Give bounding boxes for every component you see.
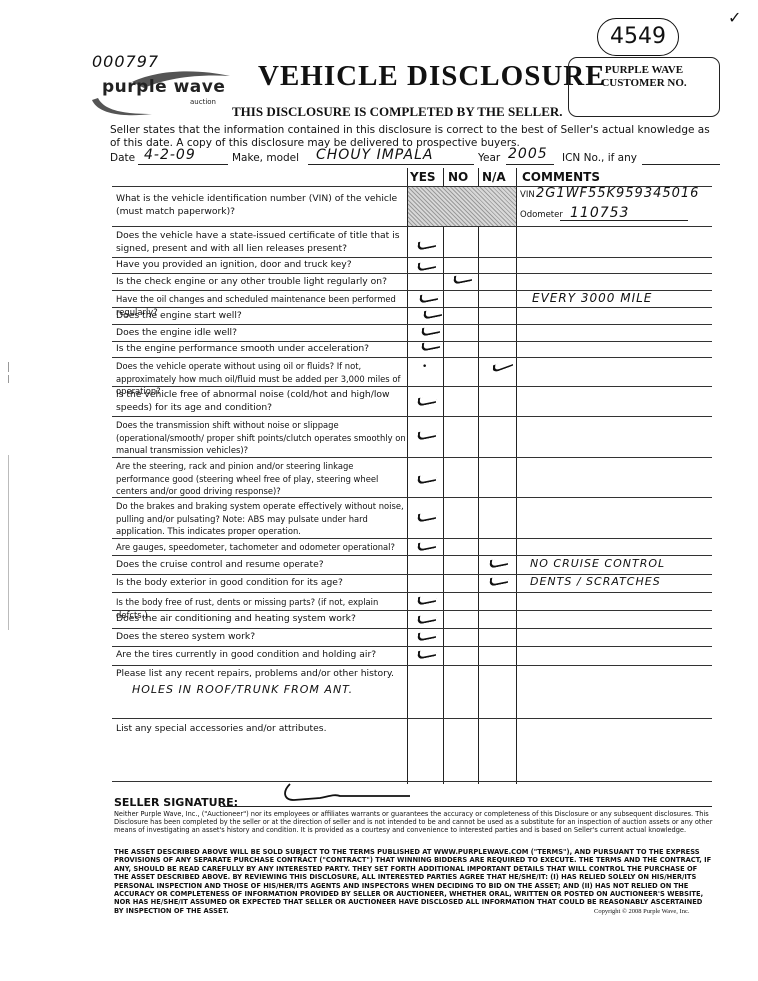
logo-subtext: auction (190, 98, 216, 106)
question-transmission: Does the transmission shift without nois… (116, 419, 406, 457)
yes-dot-mark: • (422, 362, 427, 372)
column-divider (478, 168, 479, 784)
question-keys: Have you provided an ignition, door and … (116, 259, 401, 272)
copyright-notice: Copyright © 2008 Purple Wave, Inc. (594, 908, 689, 915)
yes-check-icon[interactable] (421, 324, 441, 337)
scan-margin-mark (8, 375, 9, 383)
year-label: Year (478, 152, 500, 164)
question-engine-start: Does the engine start well? (116, 310, 401, 323)
column-divider (443, 168, 444, 784)
yes-check-icon[interactable] (417, 428, 437, 441)
date-label: Date (110, 152, 135, 164)
odometer-underline (560, 220, 688, 221)
scan-margin-line (8, 455, 9, 630)
column-header-no: NO (448, 168, 468, 186)
na-check-icon[interactable] (489, 574, 509, 587)
question-title-certificate: Does the vehicle have a state-issued cer… (116, 230, 401, 255)
recent-repairs-answer[interactable]: HOLES IN ROOF/TRUNK FROM ANT. (132, 682, 372, 698)
odometer-value: 110753 (570, 205, 629, 221)
yes-check-icon[interactable] (417, 259, 437, 272)
customer-box-label: PURPLE WAVE CUSTOMER NO. (569, 64, 719, 90)
yes-check-icon[interactable] (419, 291, 439, 304)
question-steering: Are the steering, rack and pinion and/or… (116, 460, 406, 498)
na-check-icon[interactable] (489, 556, 509, 569)
yes-check-icon[interactable] (417, 510, 437, 523)
question-engine-performance: Is the engine performance smooth under a… (116, 343, 401, 356)
logo-text: purple wave (102, 77, 225, 97)
document-number: 000797 (92, 52, 159, 71)
vin-label: VIN (520, 190, 535, 200)
yes-check-icon[interactable] (417, 394, 437, 407)
page-subtitle: THIS DISCLOSURE IS COMPLETED BY THE SELL… (232, 104, 563, 120)
circled-customer-number: 4549 (597, 18, 679, 56)
seller-signature-scribble (280, 780, 420, 806)
question-tires: Are the tires currently in good conditio… (116, 649, 401, 662)
column-header-comments: COMMENTS (522, 168, 600, 186)
yes-check-icon[interactable] (417, 472, 437, 485)
seller-signature-label: SELLER SIGNATURE: (114, 796, 238, 809)
page-title: VEHICLE DISCLOSURE (258, 60, 606, 93)
question-abnormal-noise: Is the vehicle free of abnormal noise (c… (116, 389, 401, 414)
icn-label: ICN No., if any (562, 152, 637, 164)
question-engine-idle: Does the engine idle well? (116, 327, 401, 340)
yes-check-icon[interactable] (423, 307, 443, 320)
question-gauges: Are gauges, speedometer, tachometer and … (116, 541, 406, 554)
date-value: 4-2-09 (144, 147, 196, 163)
vin-value: 2G1WF55K959345016 (536, 186, 699, 201)
column-divider (407, 168, 408, 784)
disclaimer-liability: Neither Purple Wave, Inc., ("Auctioneer"… (114, 810, 714, 835)
question-body-exterior: Is the body exterior in good condition f… (116, 577, 401, 590)
year-value: 2005 (508, 146, 548, 162)
icn-field[interactable] (642, 150, 720, 165)
column-header-na: N/A (482, 168, 506, 186)
vin-shaded-cells (408, 187, 516, 226)
yes-check-icon[interactable] (417, 647, 437, 660)
odometer-label: Odometer (520, 210, 563, 220)
yes-check-icon[interactable] (417, 238, 437, 251)
disclaimer-terms: THE ASSET DESCRIBED ABOVE WILL BE SOLD S… (114, 848, 714, 915)
yes-check-icon[interactable] (417, 612, 437, 625)
column-header-yes: YES (410, 168, 436, 186)
question-check-engine: Is the check engine or any other trouble… (116, 276, 401, 289)
corner-check-icon: ✓ (728, 8, 741, 27)
yes-check-icon[interactable] (417, 593, 437, 606)
question-cruise-control: Does the cruise control and resume opera… (116, 559, 401, 572)
no-check-icon[interactable] (453, 272, 473, 285)
yes-check-icon[interactable] (417, 539, 437, 552)
make-model-label: Make, model (232, 152, 299, 164)
na-check-icon[interactable] (492, 358, 514, 374)
comment-body-exterior: DENTS / SCRATCHES (530, 575, 661, 588)
make-model-value: CHOUY IMPALA (316, 147, 433, 163)
question-brakes: Do the brakes and braking system operate… (116, 500, 406, 538)
scan-margin-mark (8, 362, 9, 372)
column-divider (516, 168, 517, 784)
comment-oil-changes: EVERY 3000 MILE (532, 291, 652, 305)
disclosure-table: YES NO N/A COMMENTS What is the vehicle … (112, 168, 712, 788)
question-stereo: Does the stereo system work? (116, 631, 401, 644)
yes-check-icon[interactable] (417, 629, 437, 642)
comment-cruise-control: NO CRUISE CONTROL (530, 557, 665, 570)
vehicle-info-row: Date 4-2-09 Make, model CHOUY IMPALA Yea… (110, 150, 720, 170)
question-vin: What is the vehicle identification numbe… (116, 193, 401, 218)
customer-number-box: PURPLE WAVE CUSTOMER NO. (568, 57, 720, 117)
question-accessories: List any special accessories and/or attr… (116, 723, 401, 736)
question-recent-repairs: Please list any recent repairs, problems… (116, 668, 401, 681)
question-air-conditioning: Does the air conditioning and heating sy… (116, 613, 401, 626)
signature-line[interactable] (220, 806, 712, 807)
